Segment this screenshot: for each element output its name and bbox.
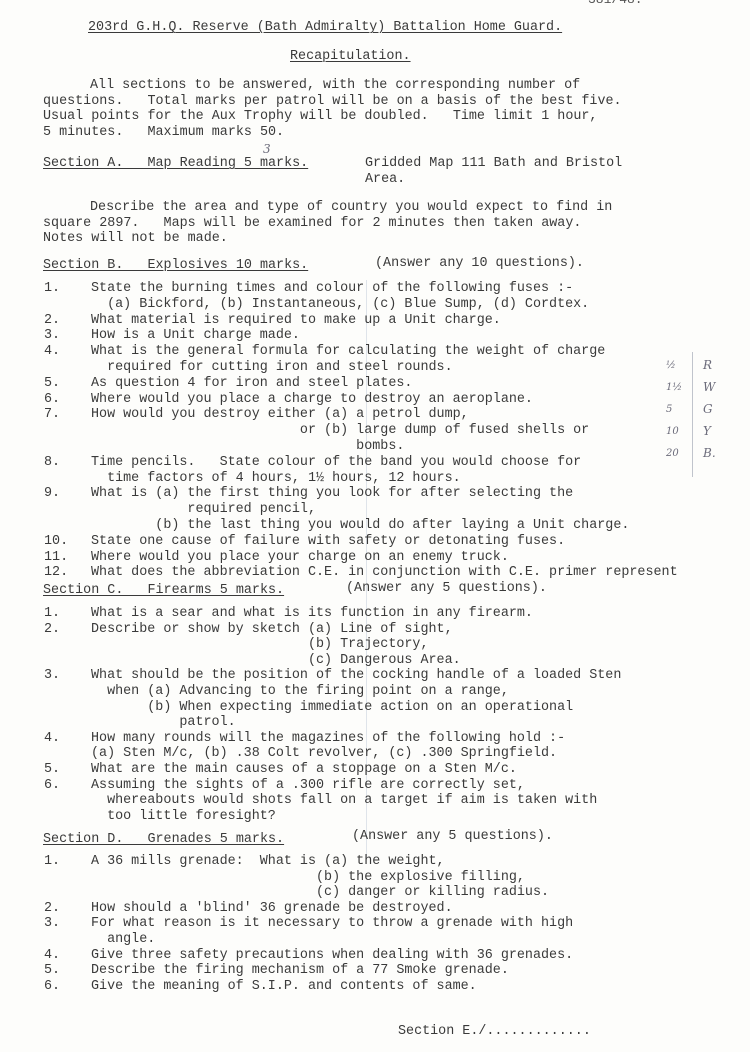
document-reference: 381/48. <box>588 0 643 8</box>
question-text: (b) the explosive filling, <box>91 870 525 886</box>
question-number: 5. <box>44 376 60 392</box>
text-line: All sections to be answered, with the co… <box>90 78 580 94</box>
question-text: (c) danger or killing radius. <box>91 885 549 901</box>
question-text: whereabouts would shots fall on a target… <box>91 793 597 809</box>
question-text: Time pencils. State colour of the band y… <box>91 455 581 471</box>
question-text: What should be the position of the cocki… <box>91 668 621 684</box>
question-number: 4. <box>44 731 60 747</box>
handwritten-correction: 3 <box>263 142 271 156</box>
question-text: How should a 'blind' 36 grenade be destr… <box>91 901 453 917</box>
section-c-heading: Section C. Firearms 5 marks. <box>43 583 284 599</box>
question-text: What does the abbreviation C.E. in conju… <box>91 565 678 581</box>
question-text: (a) Sten M/c, (b) .38 Colt revolver, (c)… <box>91 746 557 762</box>
text-line: Usual points for the Aux Trophy will be … <box>43 109 597 125</box>
question-text: angle. <box>91 932 155 948</box>
question-text: Give three safety precautions when deali… <box>91 948 573 964</box>
question-text: (c) Dangerous Area. <box>91 653 461 669</box>
margin-note-time: ½ <box>666 360 676 371</box>
document-subtitle: Recapitulation. <box>290 49 411 65</box>
question-text: What is a sear and what is its function … <box>91 606 533 622</box>
question-text: What is the general formula for calculat… <box>91 344 605 360</box>
margin-note-time: 10 <box>666 426 679 437</box>
document-title: 203rd G.H.Q. Reserve (Bath Admiralty) Ba… <box>88 20 562 36</box>
question-text: required for cutting iron and steel roun… <box>91 360 453 376</box>
question-text: As question 4 for iron and steel plates. <box>91 376 412 392</box>
section-b-heading: Section B. Explosives 10 marks. <box>43 258 308 274</box>
question-number: 6. <box>44 778 60 794</box>
question-number: 5. <box>44 963 60 979</box>
question-number: 4. <box>44 344 60 360</box>
text-line: 5 minutes. Maximum marks 50. <box>43 125 284 141</box>
question-text: How would you destroy either (a) a petro… <box>91 407 469 423</box>
question-number: 6. <box>44 392 60 408</box>
question-number: 10. <box>44 534 68 550</box>
section-a-note-1: Gridded Map 111 Bath and Bristol <box>365 156 622 172</box>
question-number: 2. <box>44 622 60 638</box>
question-text: required pencil, <box>91 502 316 518</box>
question-text: What is (a) the first thing you look for… <box>91 486 573 502</box>
section-a-note-2: Area. <box>365 172 405 188</box>
question-number: 2. <box>44 313 60 329</box>
margin-note-colour: B. <box>703 446 716 460</box>
margin-pencil-line <box>692 352 693 477</box>
question-number: 2. <box>44 901 60 917</box>
question-number: 6. <box>44 979 60 995</box>
question-number: 7. <box>44 407 60 423</box>
text-line: square 2897. Maps will be examined for 2… <box>43 216 581 232</box>
question-text: How is a Unit charge made. <box>91 328 300 344</box>
question-text: Describe or show by sketch (a) Line of s… <box>91 622 453 638</box>
question-text: State one cause of failure with safety o… <box>91 534 565 550</box>
margin-note-colour: R <box>703 358 712 372</box>
question-number: 3. <box>44 328 60 344</box>
margin-note-colour: Y <box>703 424 711 438</box>
question-text: How many rounds will the magazines of th… <box>91 731 565 747</box>
section-d-heading: Section D. Grenades 5 marks. <box>43 832 284 848</box>
question-text: Where would you place your charge on an … <box>91 550 509 566</box>
margin-note-time: 1½ <box>666 382 682 393</box>
question-number: 9. <box>44 486 60 502</box>
question-text: Assuming the sights of a .300 rifle are … <box>91 778 525 794</box>
question-text: Where would you place a charge to destro… <box>91 392 533 408</box>
section-a-heading: Section A. Map Reading 5 marks. <box>43 156 308 172</box>
question-text: or (b) large dump of fused shells or <box>91 423 589 439</box>
question-text: (a) Bickford, (b) Instantaneous, (c) Blu… <box>91 297 589 313</box>
continuation-marker: Section E./............. <box>398 1024 591 1040</box>
question-text: What are the main causes of a stoppage o… <box>91 762 517 778</box>
question-number: 11. <box>44 550 68 566</box>
question-text: (b) the last thing you would do after la… <box>91 518 629 534</box>
question-text: For what reason is it necessary to throw… <box>91 916 573 932</box>
question-number: 1. <box>44 281 60 297</box>
margin-note-colour: W <box>703 380 715 394</box>
text-line: questions. Total marks per patrol will b… <box>43 94 622 110</box>
question-text: too little foresight? <box>91 809 276 825</box>
question-text: bombs. <box>91 439 404 455</box>
section-c-instruction: (Answer any 5 questions). <box>346 581 547 597</box>
text-line: Describe the area and type of country yo… <box>90 200 612 216</box>
question-text: Give the meaning of S.I.P. and contents … <box>91 979 477 995</box>
margin-note-time: 5 <box>666 404 672 415</box>
question-text: A 36 mills grenade: What is (a) the weig… <box>91 854 445 870</box>
question-text: (b) Trajectory, <box>91 637 429 653</box>
question-text: Describe the firing mechanism of a 77 Sm… <box>91 963 509 979</box>
section-b-instruction: (Answer any 10 questions). <box>375 256 584 272</box>
question-number: 8. <box>44 455 60 471</box>
question-text: time factors of 4 hours, 1½ hours, 12 ho… <box>91 471 461 487</box>
question-text: (b) When expecting immediate action on a… <box>91 700 573 716</box>
margin-note-time: 20 <box>666 448 679 459</box>
question-number: 3. <box>44 668 60 684</box>
question-text: patrol. <box>91 715 236 731</box>
question-text: State the burning times and colour of th… <box>91 281 573 297</box>
question-number: 1. <box>44 854 60 870</box>
text-line: Notes will not be made. <box>43 231 228 247</box>
question-text: What material is required to make up a U… <box>91 313 501 329</box>
question-number: 1. <box>44 606 60 622</box>
section-d-instruction: (Answer any 5 questions). <box>352 829 553 845</box>
document-page: 381/48. 203rd G.H.Q. Reserve (Bath Admir… <box>0 0 750 1052</box>
question-number: 12. <box>44 565 68 581</box>
question-text: when (a) Advancing to the firing point o… <box>91 684 509 700</box>
question-number: 5. <box>44 762 60 778</box>
margin-note-colour: G <box>703 402 713 416</box>
question-number: 4. <box>44 948 60 964</box>
question-number: 3. <box>44 916 60 932</box>
